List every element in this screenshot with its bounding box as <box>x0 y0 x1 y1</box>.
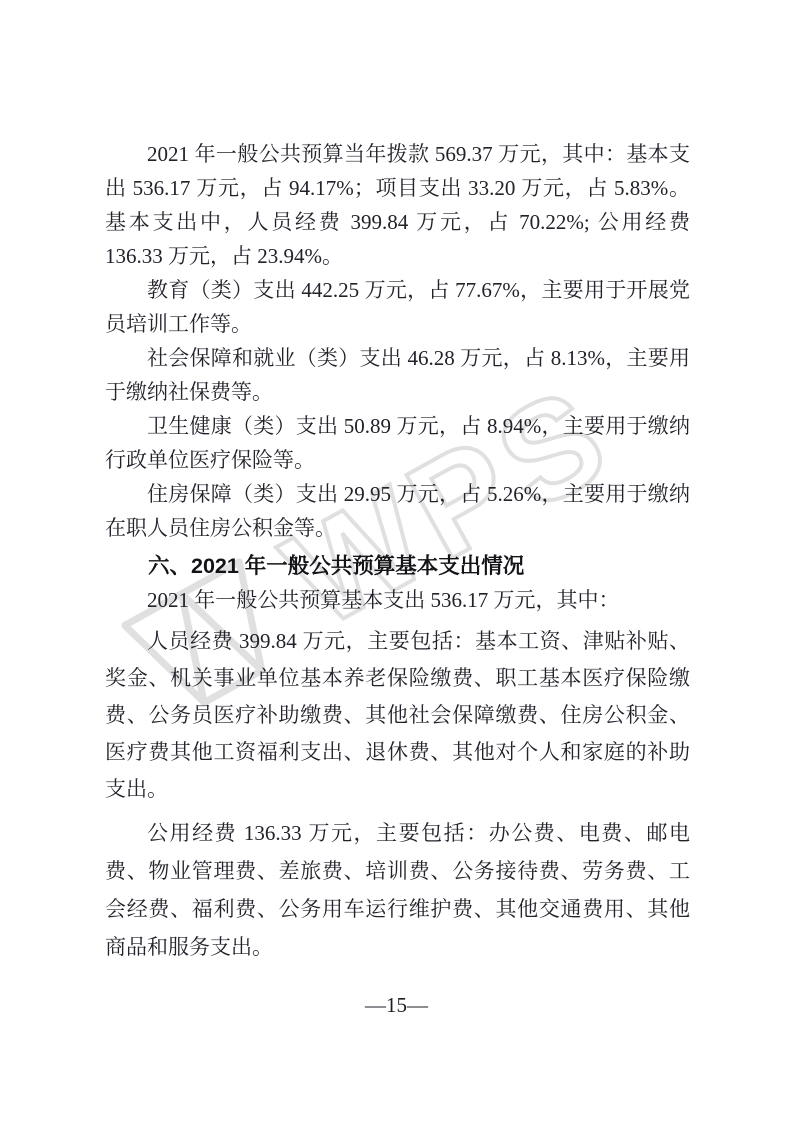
paragraph-basic-expenditure-total: 2021 年一般公共预算基本支出 536.17 万元，其中： <box>105 583 690 617</box>
section-heading-basic-expenditure: 六、2021 年一般公共预算基本支出情况 <box>105 549 690 583</box>
document-page: WPS 2021 年一般公共预算当年拨款 569.37 万元，其中：基本支出 5… <box>0 0 793 1122</box>
page-number: —15— <box>0 993 793 1018</box>
paragraph-public-funds: 公用经费 136.33 万元，主要包括：办公费、电费、邮电费、物业管理费、差旅费… <box>105 814 690 966</box>
document-body: 2021 年一般公共预算当年拨款 569.37 万元，其中：基本支出 536.1… <box>105 137 690 966</box>
paragraph-health-expense: 卫生健康（类）支出 50.89 万元，占 8.94%，主要用于缴纳行政单位医疗保… <box>105 409 690 477</box>
paragraph-personnel-funds: 人员经费 399.84 万元，主要包括：基本工资、津贴补贴、奖金、机关事业单位基… <box>105 623 690 808</box>
paragraph-education-expense: 教育（类）支出 442.25 万元，占 77.67%，主要用于开展党员培训工作等… <box>105 273 690 341</box>
paragraph-allocation-summary: 2021 年一般公共预算当年拨款 569.37 万元，其中：基本支出 536.1… <box>105 137 690 273</box>
paragraph-housing-expense: 住房保障（类）支出 29.95 万元，占 5.26%，主要用于缴纳在职人员住房公… <box>105 477 690 545</box>
paragraph-social-security-expense: 社会保障和就业（类）支出 46.28 万元，占 8.13%，主要用于缴纳社保费等… <box>105 341 690 409</box>
